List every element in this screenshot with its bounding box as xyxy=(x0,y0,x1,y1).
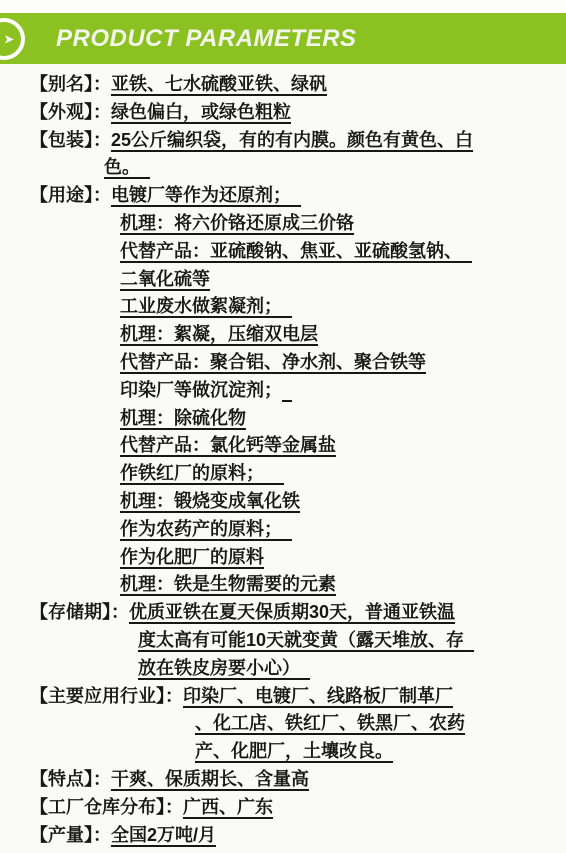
parameter-value: 二氧化硫等 xyxy=(120,269,210,289)
parameter-line: 代替产品：聚合铝、净水剂、聚合铁等 xyxy=(0,349,566,377)
parameter-line: 【别名】：亚铁、七水硫酸亚铁、绿矾 xyxy=(0,71,566,99)
parameter-value: 、化工店、铁红厂、铁黑厂、农药 xyxy=(195,713,465,733)
parameter-value: 机理：锻烧变成氧化铁 xyxy=(120,491,300,511)
underline-tail xyxy=(140,157,150,177)
parameters-list: 【别名】：亚铁、七水硫酸亚铁、绿矾【外观】：绿色偏白，或绿色粗粒【包装】：25公… xyxy=(0,71,566,849)
parameter-value: 代替产品：氯化钙等金属盐 xyxy=(120,435,336,455)
parameter-line: 作为农药产的原料； xyxy=(0,516,566,544)
parameter-line: 作为化肥厂的原料 xyxy=(0,544,566,572)
parameter-value: 色。 xyxy=(104,157,140,177)
parameter-value: 绿色偏白，或绿色粗粒 xyxy=(111,102,291,122)
underline-tail xyxy=(462,241,472,261)
parameter-line: 【包装】：25公斤编织袋，有的有内膜。颜色有黄色、白 xyxy=(0,127,566,155)
parameter-value: 度太高有可能10天就变黄（露天堆放、存 xyxy=(138,630,464,650)
parameter-value: 全国2万吨/月 xyxy=(111,825,216,845)
parameter-line: 代替产品：氯化钙等金属盐 xyxy=(0,432,566,460)
parameter-value: 机理：絮凝，压缩双电层 xyxy=(120,324,318,344)
parameter-line: 【外观】：绿色偏白，或绿色粗粒 xyxy=(0,99,566,127)
underline-tail xyxy=(464,630,474,650)
parameter-line: 作铁红厂的原料； xyxy=(0,460,566,488)
underline-tail xyxy=(282,380,292,400)
parameter-label: 【特点】： xyxy=(30,769,111,789)
arrow-right-icon: ➤ xyxy=(4,33,15,46)
parameter-value: 优质亚铁在夏天保质期30天，普通亚铁温 xyxy=(129,602,455,622)
parameter-line: 色。 xyxy=(0,154,566,182)
parameter-line: 二氧化硫等 xyxy=(0,266,566,294)
parameter-label: 【包装】： xyxy=(30,130,111,150)
parameter-value: 印染厂等做沉淀剂； xyxy=(120,380,282,400)
parameter-value: 印染厂、电镀厂、线路板厂制革厂 xyxy=(183,686,453,706)
parameter-line: 产、化肥厂，土壤改良。 xyxy=(0,738,566,766)
parameter-line: 代替产品：亚硫酸钠、焦亚、亚硫酸氢钠、 xyxy=(0,238,566,266)
parameter-value: 机理：铁是生物需要的元素 xyxy=(120,574,336,594)
parameter-label: 【主要应用行业】： xyxy=(30,686,183,706)
parameter-line: 【产量】：全国2万吨/月 xyxy=(0,822,566,850)
parameter-value: 作为农药产的原料； xyxy=(120,519,282,539)
parameter-label: 【别名】： xyxy=(30,74,111,94)
arrow-circle-badge: ➤ xyxy=(0,18,25,60)
parameter-value: 干爽、保质期长、含量高 xyxy=(111,769,309,789)
parameter-line: 机理：锻烧变成氧化铁 xyxy=(0,488,566,516)
parameter-line: 机理：絮凝，压缩双电层 xyxy=(0,321,566,349)
underline-tail xyxy=(282,296,292,316)
parameter-value: 机理：除硫化物 xyxy=(120,408,246,428)
parameter-line: 、化工店、铁红厂、铁黑厂、农药 xyxy=(0,710,566,738)
parameter-label: 【外观】： xyxy=(30,102,111,122)
parameter-label: 【用途】： xyxy=(30,185,111,205)
parameter-line: 度太高有可能10天就变黄（露天堆放、存 xyxy=(0,627,566,655)
parameter-value: 作为化肥厂的原料 xyxy=(120,547,264,567)
parameter-label: 【产量】： xyxy=(30,825,111,845)
parameter-line: 【工厂仓库分布】：广西、广东 xyxy=(0,794,566,822)
parameter-value: 电镀厂等作为还原剂； xyxy=(111,185,291,205)
parameter-value: 产、化肥厂，土壤改良。 xyxy=(195,741,393,761)
parameter-line: 【主要应用行业】：印染厂、电镀厂、线路板厂制革厂 xyxy=(0,683,566,711)
parameter-line: 【存储期】：优质亚铁在夏天保质期30天，普通亚铁温 xyxy=(0,599,566,627)
parameter-value: 代替产品：亚硫酸钠、焦亚、亚硫酸氢钠、 xyxy=(120,241,462,261)
parameter-value: 工业废水做絮凝剂； xyxy=(120,296,282,316)
product-parameters-page: ➤ PRODUCT PARAMETERS 【别名】：亚铁、七水硫酸亚铁、绿矾【外… xyxy=(0,0,566,853)
parameter-line: 【特点】：干爽、保质期长、含量高 xyxy=(0,766,566,794)
section-title: PRODUCT PARAMETERS xyxy=(56,25,357,53)
parameter-value: 放在铁皮房要小心） xyxy=(138,658,300,678)
parameter-line: 机理：将六价铬还原成三价铬 xyxy=(0,210,566,238)
parameter-line: 机理：除硫化物 xyxy=(0,405,566,433)
parameter-line: 机理：铁是生物需要的元素 xyxy=(0,571,566,599)
underline-tail xyxy=(264,463,284,483)
parameter-line: 放在铁皮房要小心） xyxy=(0,655,566,683)
parameter-value: 25公斤编织袋，有的有内膜。颜色有黄色、白 xyxy=(111,130,473,150)
parameter-value: 代替产品：聚合铝、净水剂、聚合铁等 xyxy=(120,352,426,372)
parameter-value: 广西、广东 xyxy=(183,797,273,817)
top-spacer xyxy=(0,0,566,13)
parameter-label: 【存储期】： xyxy=(30,602,129,622)
parameter-line: 印染厂等做沉淀剂； xyxy=(0,377,566,405)
parameter-line: 工业废水做絮凝剂； xyxy=(0,293,566,321)
section-header-banner: ➤ PRODUCT PARAMETERS xyxy=(0,13,566,64)
underline-tail xyxy=(291,185,301,205)
parameter-value: 作铁红厂的原料； xyxy=(120,463,264,483)
underline-tail xyxy=(300,658,310,678)
parameter-label: 【工厂仓库分布】： xyxy=(30,797,183,817)
underline-tail xyxy=(282,519,292,539)
parameter-value: 亚铁、七水硫酸亚铁、绿矾 xyxy=(111,74,327,94)
parameter-value: 机理：将六价铬还原成三价铬 xyxy=(120,213,354,233)
parameter-line: 【用途】：电镀厂等作为还原剂； xyxy=(0,182,566,210)
